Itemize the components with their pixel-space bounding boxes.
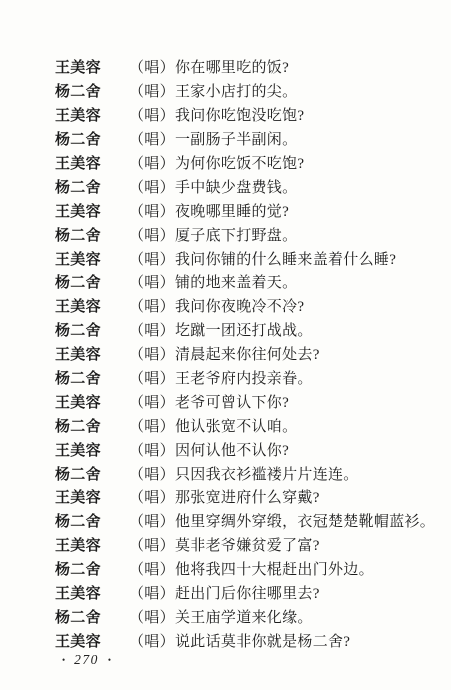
lyric-text: 王老爷府内投亲眷。 <box>175 367 451 388</box>
sing-tag: （唱） <box>129 80 175 101</box>
speaker-name: 王美容 <box>55 630 129 651</box>
dialogue-line: 王美容 （唱） 为何你吃饭不吃饱? <box>0 151 451 175</box>
lyric-text: 说此话莫非你就是杨二舍? <box>175 630 451 651</box>
speaker-name: 杨二舍 <box>55 80 129 101</box>
dialogue-line: 王美容 （唱） 老爷可曾认下你? <box>0 389 451 413</box>
speaker-name: 杨二舍 <box>55 271 129 292</box>
speaker-name: 王美容 <box>55 152 129 173</box>
speaker-name: 王美容 <box>55 534 129 555</box>
lyric-text: 莫非老爷嫌贫爱了富? <box>175 534 451 555</box>
sing-tag: （唱） <box>129 152 175 173</box>
speaker-name: 杨二舍 <box>55 415 129 436</box>
speaker-name: 杨二舍 <box>55 319 129 340</box>
dialogue-line: 杨二舍 （唱） 关王庙学道来化缘。 <box>0 604 451 628</box>
speaker-name: 杨二舍 <box>55 224 129 245</box>
speaker-name: 王美容 <box>55 248 129 269</box>
lyric-text: 一副肠子半副闲。 <box>175 128 451 149</box>
lyric-text: 王家小店打的尖。 <box>175 80 451 101</box>
speaker-name: 王美容 <box>55 295 129 316</box>
speaker-name: 王美容 <box>55 391 129 412</box>
lyric-text: 铺的地来盖着天。 <box>175 271 451 292</box>
sing-tag: （唱） <box>129 606 175 627</box>
sing-tag: （唱） <box>129 271 175 292</box>
lyric-text: 为何你吃饭不吃饱? <box>175 152 451 173</box>
speaker-name: 杨二舍 <box>55 606 129 627</box>
dialogue-line: 王美容 （唱） 我问你夜晚冷不冷? <box>0 294 451 318</box>
lyric-text: 夜晚哪里睡的觉? <box>175 200 451 221</box>
sing-tag: （唱） <box>129 486 175 507</box>
lyric-text: 我问你铺的什么睡来盖着什么睡? <box>175 248 451 269</box>
dialogue-line: 杨二舍 （唱） 厦子底下打野盘。 <box>0 222 451 246</box>
dialogue-line: 杨二舍 （唱） 王家小店打的尖。 <box>0 79 451 103</box>
dialogue-line: 王美容 （唱） 清晨起来你往何处去? <box>0 342 451 366</box>
sing-tag: （唱） <box>129 319 175 340</box>
page-number: 270 <box>74 652 99 668</box>
dialogue-line: 杨二舍 （唱） 手中缺少盘费钱。 <box>0 174 451 198</box>
speaker-name: 杨二舍 <box>55 463 129 484</box>
footer-left-dot: • <box>62 656 65 665</box>
lyric-text: 关王庙学道来化缘。 <box>175 606 451 627</box>
dialogue-line: 杨二舍 （唱） 一副肠子半副闲。 <box>0 127 451 151</box>
lyric-text: 他认张宽不认咱。 <box>175 415 451 436</box>
sing-tag: （唱） <box>129 200 175 221</box>
dialogue-line: 王美容 （唱） 夜晚哪里睡的觉? <box>0 198 451 222</box>
lyric-text: 你在哪里吃的饭? <box>175 56 451 77</box>
dialogue-line: 王美容 （唱） 赶出门后你往哪里去? <box>0 581 451 605</box>
dialogue-line: 杨二舍 （唱） 他将我四十大棍赶出门外边。 <box>0 557 451 581</box>
sing-tag: （唱） <box>129 367 175 388</box>
lyric-text: 只因我衣衫褴褛片片连连。 <box>175 463 451 484</box>
page-footer: • 270 • <box>62 652 111 668</box>
dialogue-line: 杨二舍 （唱） 圪蹴一团还打战战。 <box>0 318 451 342</box>
lyric-text: 那张宽进府什么穿戴? <box>175 486 451 507</box>
dialogue-line: 杨二舍 （唱） 铺的地来盖着天。 <box>0 270 451 294</box>
speaker-name: 杨二舍 <box>55 510 129 531</box>
lyric-text: 老爷可曾认下你? <box>175 391 451 412</box>
speaker-name: 杨二舍 <box>55 176 129 197</box>
sing-tag: （唱） <box>129 415 175 436</box>
speaker-name: 杨二舍 <box>55 367 129 388</box>
dialogue-line: 王美容 （唱） 那张宽进府什么穿戴? <box>0 485 451 509</box>
speaker-name: 王美容 <box>55 439 129 460</box>
dialogue-line: 杨二舍 （唱） 他里穿绸外穿缎，衣冠楚楚靴帽蓝衫。 <box>0 509 451 533</box>
sing-tag: （唱） <box>129 56 175 77</box>
dialogue-line: 杨二舍 （唱） 只因我衣衫褴褛片片连连。 <box>0 461 451 485</box>
dialogue-line: 王美容 （唱） 因何认他不认你? <box>0 437 451 461</box>
sing-tag: （唱） <box>129 128 175 149</box>
speaker-name: 王美容 <box>55 343 129 364</box>
dialogue-line: 杨二舍 （唱） 王老爷府内投亲眷。 <box>0 366 451 390</box>
book-page: 王美容 （唱） 你在哪里吃的饭? 杨二舍 （唱） 王家小店打的尖。 王美容 （唱… <box>0 0 451 690</box>
lyric-text: 我问你夜晚冷不冷? <box>175 295 451 316</box>
lyric-text: 厦子底下打野盘。 <box>175 224 451 245</box>
dialogue-line: 王美容 （唱） 我问你铺的什么睡来盖着什么睡? <box>0 246 451 270</box>
sing-tag: （唱） <box>129 295 175 316</box>
sing-tag: （唱） <box>129 582 175 603</box>
lyric-text: 赶出门后你往哪里去? <box>175 582 451 603</box>
dialogue-line: 杨二舍 （唱） 他认张宽不认咱。 <box>0 413 451 437</box>
sing-tag: （唱） <box>129 558 175 579</box>
sing-tag: （唱） <box>129 510 175 531</box>
sing-tag: （唱） <box>129 248 175 269</box>
lyric-text: 清晨起来你往何处去? <box>175 343 451 364</box>
sing-tag: （唱） <box>129 176 175 197</box>
lyric-text: 手中缺少盘费钱。 <box>175 176 451 197</box>
footer-right-dot: • <box>108 656 111 665</box>
dialogue-line: 王美容 （唱） 莫非老爷嫌贫爱了富? <box>0 533 451 557</box>
dialogue-list: 王美容 （唱） 你在哪里吃的饭? 杨二舍 （唱） 王家小店打的尖。 王美容 （唱… <box>0 55 451 652</box>
dialogue-line: 王美容 （唱） 我问你吃饱没吃饱? <box>0 103 451 127</box>
speaker-name: 王美容 <box>55 486 129 507</box>
speaker-name: 王美容 <box>55 104 129 125</box>
lyric-text: 他将我四十大棍赶出门外边。 <box>175 558 451 579</box>
lyric-text: 他里穿绸外穿缎，衣冠楚楚靴帽蓝衫。 <box>175 510 451 531</box>
speaker-name: 杨二舍 <box>55 128 129 149</box>
lyric-text: 因何认他不认你? <box>175 439 451 460</box>
speaker-name: 王美容 <box>55 200 129 221</box>
dialogue-line: 王美容 （唱） 你在哪里吃的饭? <box>0 55 451 79</box>
sing-tag: （唱） <box>129 439 175 460</box>
speaker-name: 王美容 <box>55 582 129 603</box>
lyric-text: 圪蹴一团还打战战。 <box>175 319 451 340</box>
sing-tag: （唱） <box>129 391 175 412</box>
sing-tag: （唱） <box>129 104 175 125</box>
sing-tag: （唱） <box>129 630 175 651</box>
sing-tag: （唱） <box>129 534 175 555</box>
sing-tag: （唱） <box>129 343 175 364</box>
dialogue-line: 王美容 （唱） 说此话莫非你就是杨二舍? <box>0 628 451 652</box>
speaker-name: 王美容 <box>55 56 129 77</box>
lyric-text: 我问你吃饱没吃饱? <box>175 104 451 125</box>
sing-tag: （唱） <box>129 224 175 245</box>
speaker-name: 杨二舍 <box>55 558 129 579</box>
sing-tag: （唱） <box>129 463 175 484</box>
